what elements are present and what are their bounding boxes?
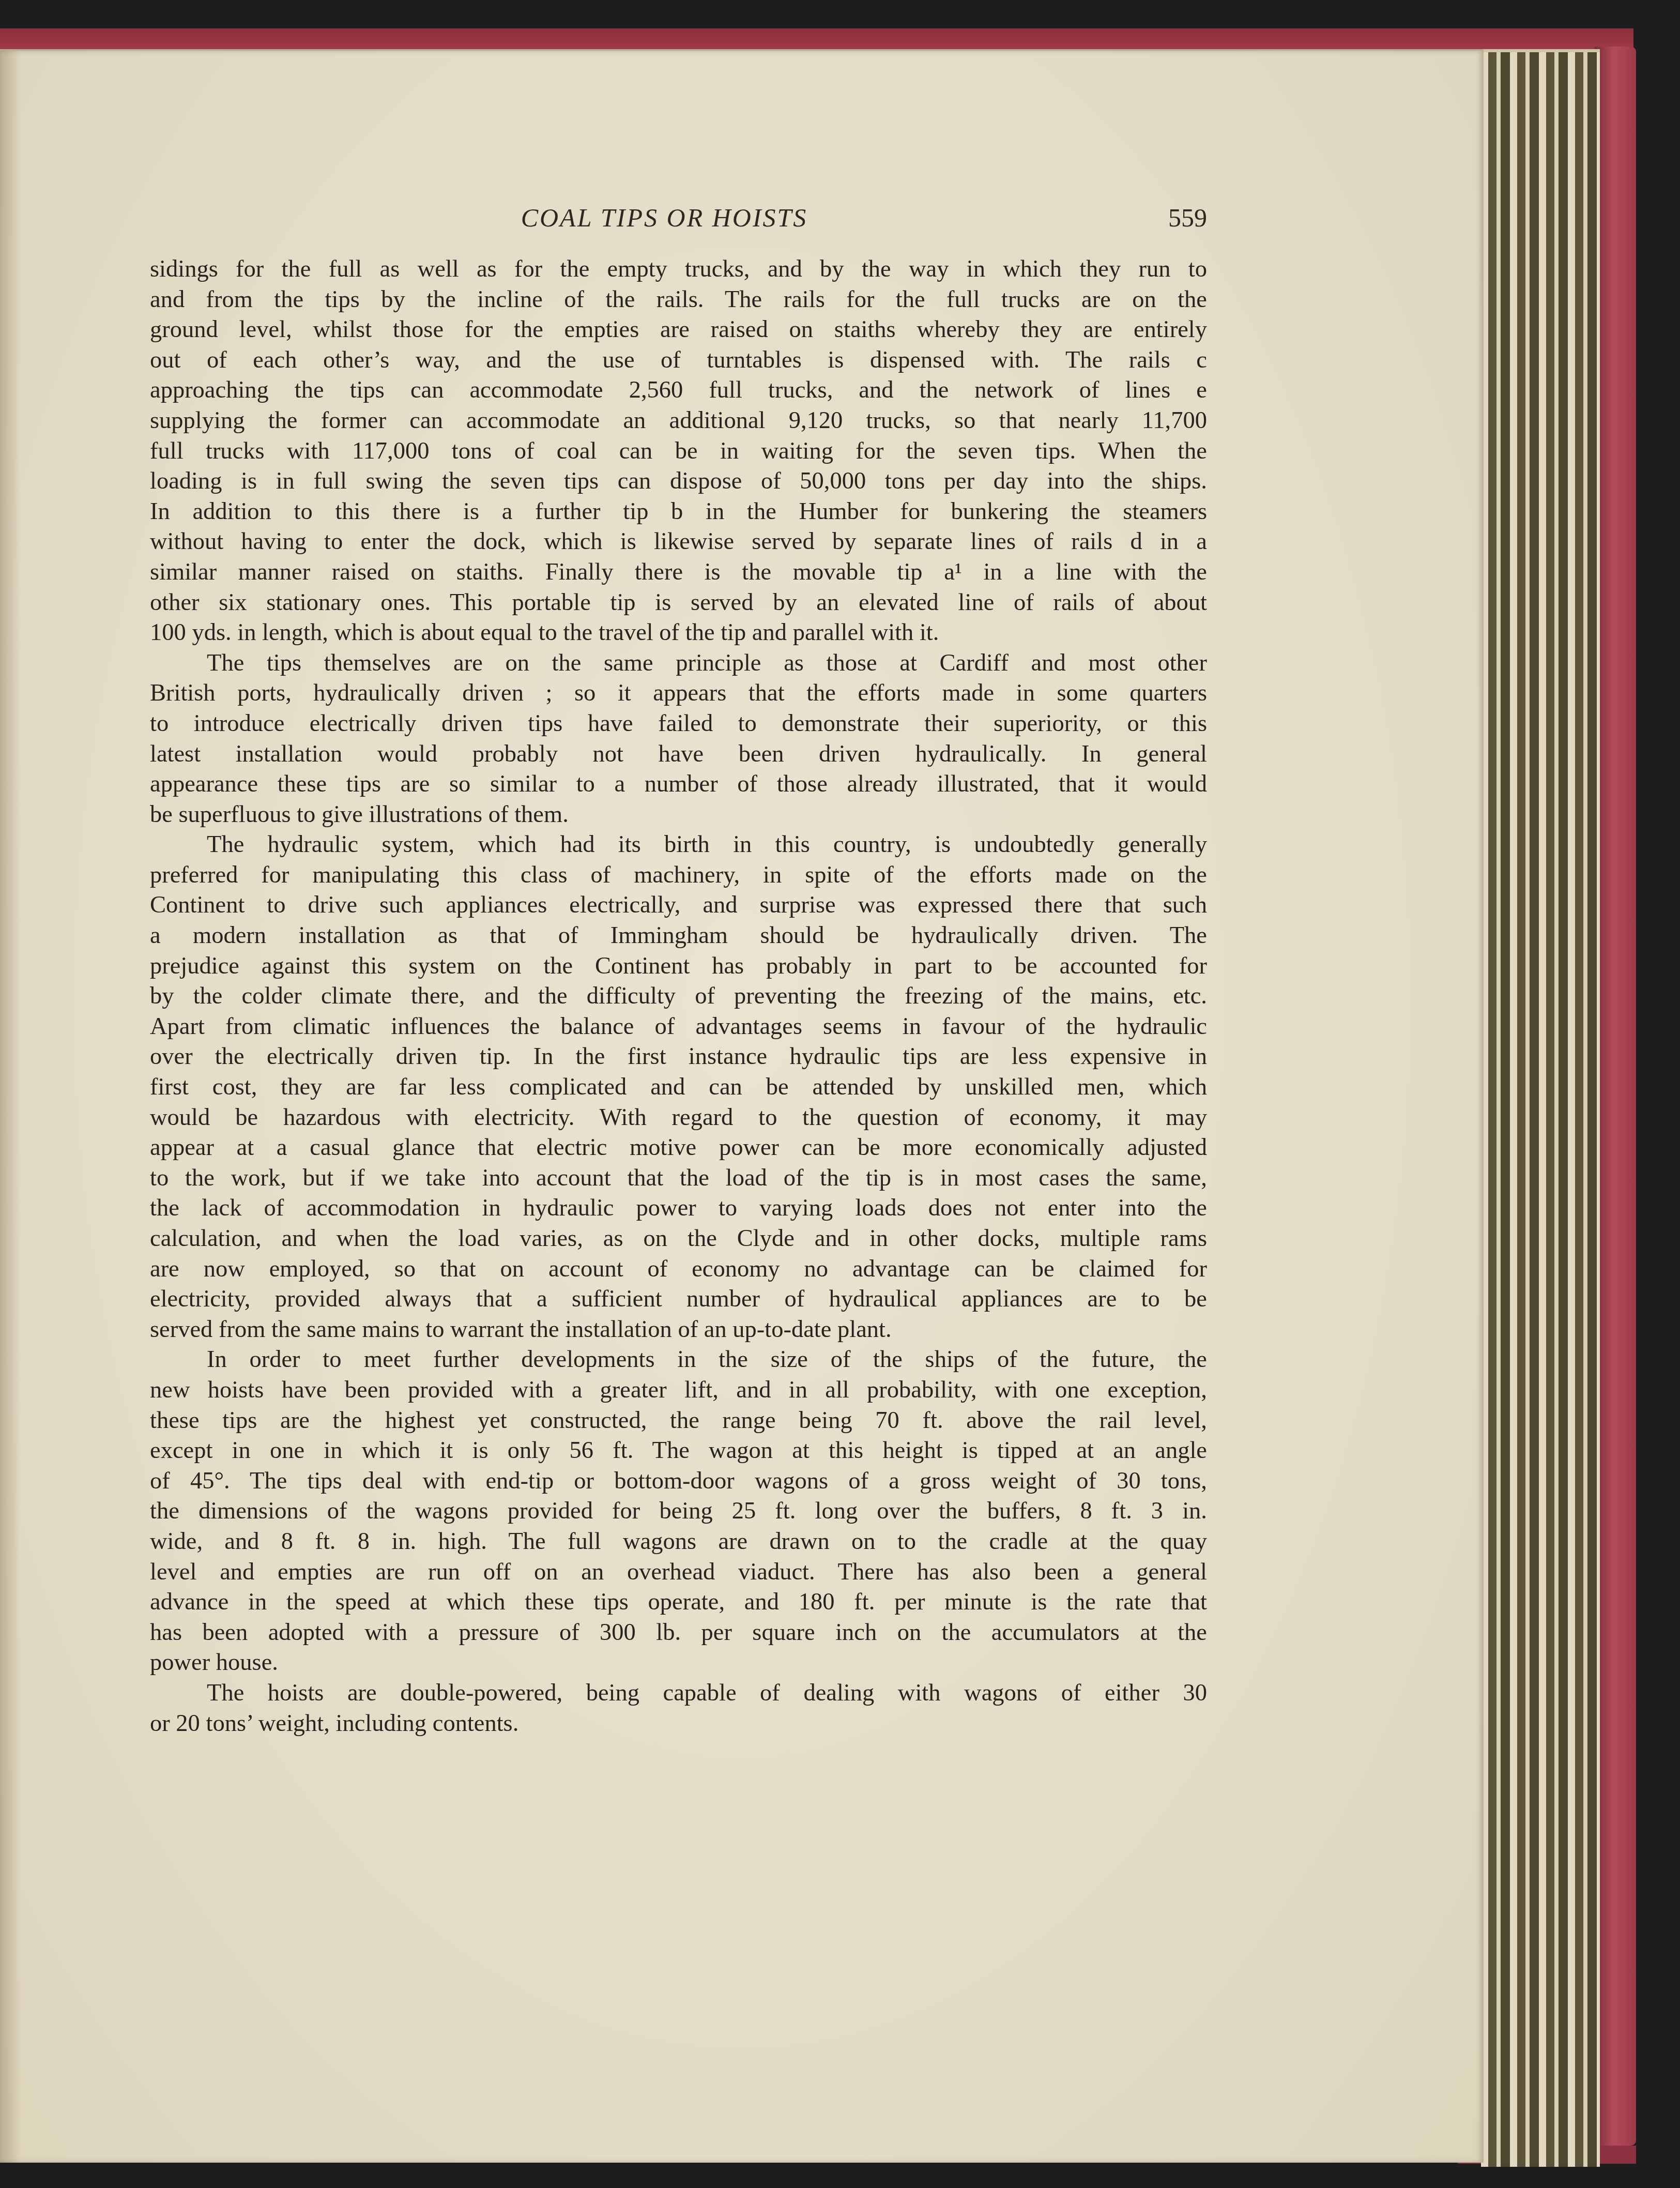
text-line: over the electrically driven tip. In the…	[150, 1042, 1207, 1072]
paragraph: The hoists are double-powered, being cap…	[150, 1678, 1207, 1739]
text-line: these tips are the highest yet construct…	[150, 1406, 1207, 1436]
text-line: level and empties are run off on an over…	[150, 1557, 1207, 1588]
paragraph: The hydraulic system, which had its birt…	[150, 830, 1207, 1345]
text-line: has been adopted with a pressure of 300 …	[150, 1618, 1207, 1648]
text-line: ground level, whilst those for the empti…	[150, 315, 1207, 345]
text-line: a modern installation as that of Immingh…	[150, 921, 1207, 951]
text-line: appear at a casual glance that electric …	[150, 1133, 1207, 1163]
page-edges-stack	[1481, 49, 1600, 2167]
text-line: preferred for manipulating this class of…	[150, 860, 1207, 891]
text-line: appearance these tips are so similar to …	[150, 769, 1207, 800]
text-line: out of each other’s way, and the use of …	[150, 345, 1207, 376]
text-line: British ports, hydraulically driven ; so…	[150, 678, 1207, 709]
text-line: calculation, and when the load varies, a…	[150, 1224, 1207, 1254]
body-text: sidings for the full as well as for the …	[150, 254, 1207, 1739]
text-line: The hoists are double-powered, being cap…	[150, 1678, 1207, 1709]
text-line: approaching the tips can accommodate 2,5…	[150, 375, 1207, 406]
text-line: of 45°. The tips deal with end-tip or bo…	[150, 1466, 1207, 1497]
paragraph: The tips themselves are on the same prin…	[150, 648, 1207, 830]
page-number: 559	[1168, 203, 1207, 233]
text-line: be superfluous to give illustrations of …	[150, 800, 1207, 830]
text-line: and from the tips by the incline of the …	[150, 285, 1207, 315]
text-line: full trucks with 117,000 tons of coal ca…	[150, 436, 1207, 467]
text-line: The hydraulic system, which had its birt…	[150, 830, 1207, 860]
text-line: except in one in which it is only 56 ft.…	[150, 1436, 1207, 1466]
gutter-shadow	[0, 51, 21, 2163]
text-line: Continent to drive such appliances elect…	[150, 890, 1207, 921]
text-line: loading is in full swing the seven tips …	[150, 466, 1207, 497]
text-line: latest installation would probably not h…	[150, 739, 1207, 770]
text-line: advance in the speed at which these tips…	[150, 1587, 1207, 1618]
text-line: served from the same mains to warrant th…	[150, 1315, 1207, 1345]
text-line: or 20 tons’ weight, including contents.	[150, 1709, 1207, 1739]
text-line: to introduce electrically driven tips ha…	[150, 709, 1207, 739]
paragraph: In order to meet further developments in…	[150, 1345, 1207, 1678]
running-head-title: COAL TIPS OR HOISTS	[150, 203, 1179, 233]
text-line: Apart from climatic influences the balan…	[150, 1012, 1207, 1042]
text-line: wide, and 8 ft. 8 in. high. The full wag…	[150, 1527, 1207, 1557]
text-line: by the colder climate there, and the dif…	[150, 981, 1207, 1012]
text-line: are now employed, so that on account of …	[150, 1254, 1207, 1285]
text-line: 100 yds. in length, which is about equal…	[150, 618, 1207, 648]
text-line: power house.	[150, 1648, 1207, 1678]
text-line: prejudice against this system on the Con…	[150, 951, 1207, 982]
text-line: In order to meet further developments in…	[150, 1345, 1207, 1375]
text-line: other six stationary ones. This portable…	[150, 588, 1207, 618]
text-line: supplying the former can accommodate an …	[150, 406, 1207, 436]
text-line: In addition to this there is a further t…	[150, 497, 1207, 527]
text-line: to the work, but if we take into account…	[150, 1163, 1207, 1194]
text-line: The tips themselves are on the same prin…	[150, 648, 1207, 679]
text-line: similar manner raised on staiths. Finall…	[150, 557, 1207, 588]
book-cover-spine-edge	[1595, 47, 1636, 2146]
text-line: the lack of accommodation in hydraulic p…	[150, 1193, 1207, 1224]
paragraph: sidings for the full as well as for the …	[150, 254, 1207, 648]
text-line: sidings for the full as well as for the …	[150, 254, 1207, 285]
text-line: first cost, they are far less complicate…	[150, 1072, 1207, 1103]
text-line: new hoists have been provided with a gre…	[150, 1375, 1207, 1406]
running-header: COAL TIPS OR HOISTS 559	[150, 203, 1207, 234]
text-line: electricity, provided always that a suff…	[150, 1284, 1207, 1315]
text-line: would be hazardous with electricity. Wit…	[150, 1103, 1207, 1133]
text-line: without having to enter the dock, which …	[150, 527, 1207, 557]
text-line: the dimensions of the wagons provided fo…	[150, 1496, 1207, 1527]
